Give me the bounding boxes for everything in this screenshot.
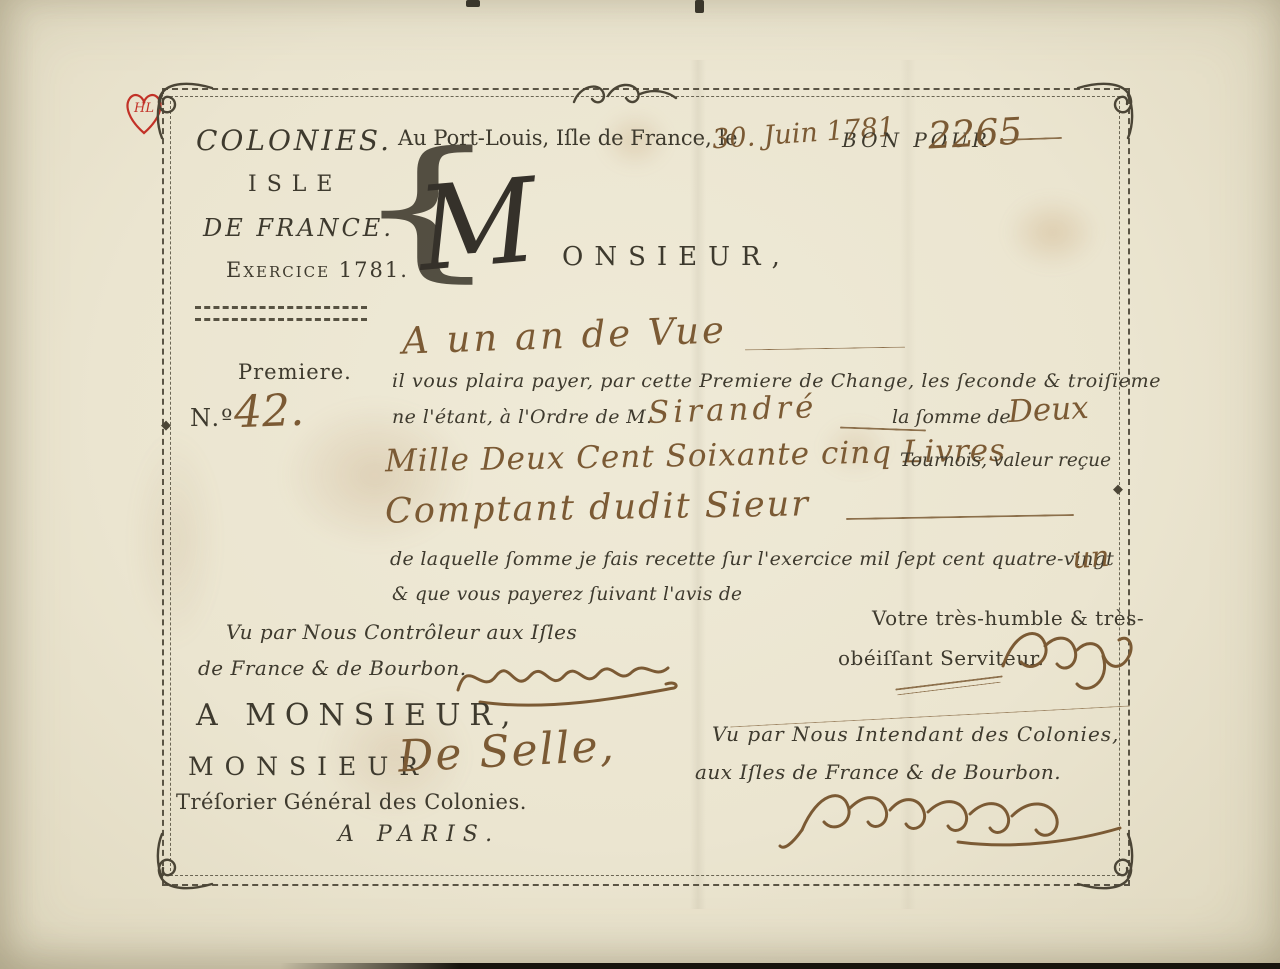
clause-2-pre: ne l'étant, à l'Ordre de M. — [392, 406, 653, 428]
clause-3: Tournois, valeur reçue — [900, 450, 1111, 471]
payee-handwritten: Sirandré — [647, 389, 818, 431]
clause-5: & que vous payerez ſuivant l'avis de — [392, 584, 742, 605]
comptant-handwritten: Comptant dudit Sieur — [385, 484, 811, 531]
copy-rank-label: Premiere. — [238, 360, 352, 384]
serviteur-signature-scrawl — [985, 616, 1140, 704]
scanned-bill-of-exchange: HL ◆ ◆ COLONIES. ISLE DE FRANCE. Exercic… — [0, 0, 1280, 969]
addressee-line-2: MONSIEUR — [188, 752, 429, 781]
header-isle: ISLE — [248, 172, 342, 197]
mid-top-scroll-ornament — [570, 80, 680, 110]
clause-1: il vous plaira payer, par cette Premiere… — [392, 370, 1161, 392]
addressee-line-3: Tréſorier Général des Colonies. — [176, 790, 527, 814]
corner-scroll-ornament — [1076, 78, 1138, 140]
salutation-rest: ONSIEUR, — [562, 242, 791, 272]
collector-mark-initials: HL — [133, 101, 154, 116]
clause-2-post: la ſomme de — [892, 406, 1011, 428]
intendant-signature-scrawl — [778, 772, 1130, 852]
clause-4: de laquelle ſomme je fais recette ſur l'… — [390, 548, 1114, 570]
double-dashed-rule — [195, 306, 367, 321]
scan-edge-shadow — [280, 963, 1280, 969]
dateline-place: Au Port-Louis, Iſle de France, le — [398, 126, 738, 150]
year-handwritten: un — [1071, 539, 1111, 576]
intendant-line-1: Vu par Nous Intendant des Colonies, — [712, 722, 1119, 746]
number-label: N.º — [190, 404, 234, 432]
controleur-line-2: de France & de Bourbon. — [198, 656, 467, 680]
addressee-line-4: A PARIS. — [338, 822, 500, 847]
amount-figures-handwritten: 2265 — [927, 110, 1023, 158]
amount-words-handwritten-1: Deux — [1007, 390, 1089, 430]
mid-right-rosette-icon: ◆ — [1113, 482, 1123, 497]
corner-scroll-ornament — [152, 832, 214, 894]
number-handwritten: 42. — [233, 385, 305, 438]
scan-speck — [695, 0, 704, 13]
mid-left-rosette-icon: ◆ — [161, 418, 171, 433]
scan-speck — [466, 0, 480, 7]
salutation-initial: M — [412, 153, 542, 298]
